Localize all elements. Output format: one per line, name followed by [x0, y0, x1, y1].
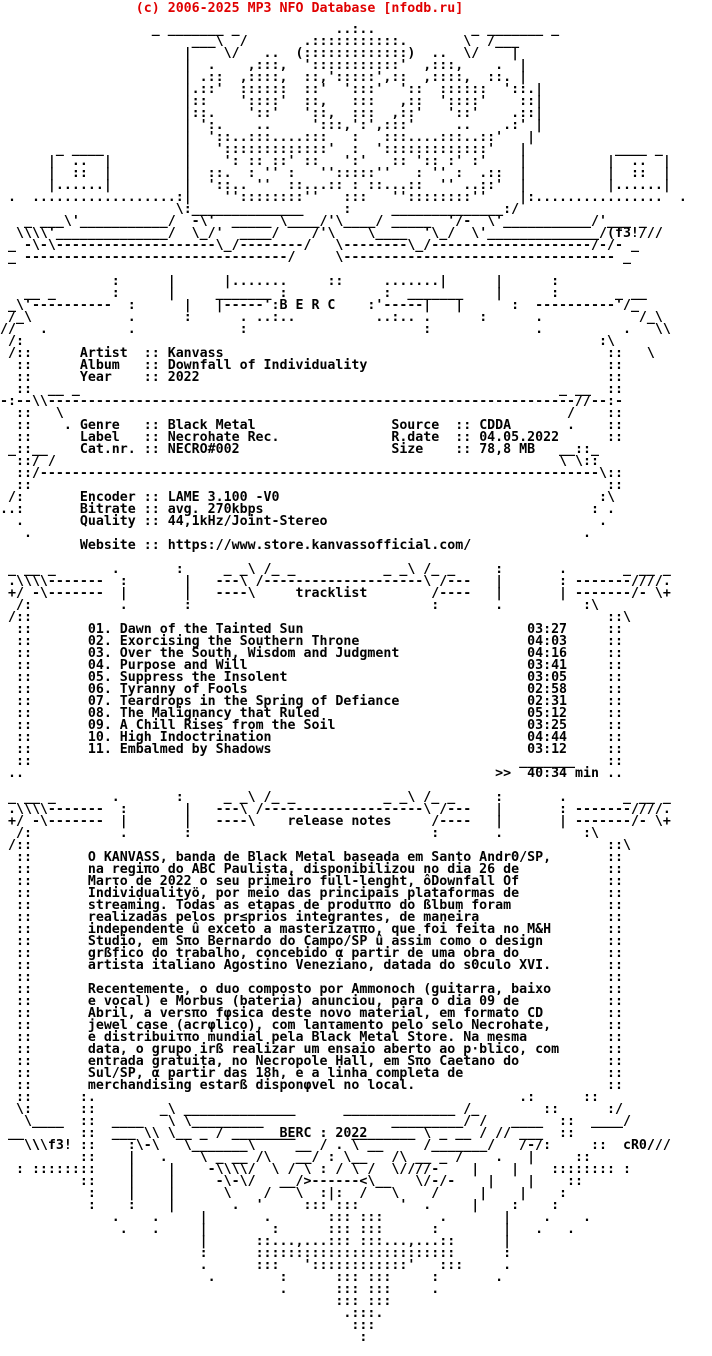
total-time-value: 40:34 min: [527, 768, 599, 780]
track-number: 11.: [88, 744, 112, 756]
catnr-value: NECRO#002: [168, 444, 240, 456]
nfo-document: _ _______ _ ..:.. _ _______ _ ___\ / .::…: [0, 0, 712, 1356]
site-banner: (c) 2006-2025 MP3 NFO Database [nfodb.ru…: [136, 3, 463, 15]
footer-credit: BERC : 2022: [280, 1128, 368, 1140]
f3-credit-footer: \\\f3!: [24, 1140, 72, 1152]
website-label: Website: [80, 540, 136, 552]
separator: ::: [144, 516, 160, 528]
site-banner-row: (c) 2006-2025 MP3 NFO Database [nfodb.ru…: [0, 3, 712, 15]
group-header-row: B E R C: [0, 300, 712, 312]
website-row: Website :: https://www.store.kanvassoffi…: [0, 540, 712, 552]
year-label: Year: [80, 372, 112, 384]
quality-row: Quality :: 44,1kHz/Joint-Stereo: [0, 516, 712, 528]
tracklist: 01. Dawn of the Tainted Sun 03:27 02. Ex…: [0, 624, 712, 756]
notes-line: artista italiano Agostino Veneziano, dat…: [88, 960, 551, 972]
footer-tags-row: \\\f3! cR0///: [0, 1140, 712, 1152]
catnr-row: Cat.nr. :: NECRO#002 Size :: 78,8 MB: [0, 444, 712, 456]
total-time-marker: >>: [495, 768, 511, 780]
top-credit-row: f3!///: [0, 228, 712, 240]
release-notes-banner-row: release notes: [0, 816, 712, 828]
release-notes-paragraph-1: O KANVASS, banda de Black Metal baseada …: [0, 852, 712, 972]
separator: ::: [144, 372, 160, 384]
year-row: Year :: 2022: [0, 372, 712, 384]
separator: ::: [455, 444, 471, 456]
catnr-label: Cat.nr.: [80, 444, 136, 456]
quality-label: Quality: [80, 516, 136, 528]
release-notes-section-title: release notes: [288, 816, 392, 828]
track-row: 11. Embalmed by Shadows 03:12: [0, 744, 712, 756]
notes-row: artista italiano Agostino Veneziano, dat…: [0, 960, 712, 972]
track-title: Embalmed by Shadows: [120, 744, 272, 756]
website-value: https://www.store.kanvassofficial.com/: [168, 540, 472, 552]
cr0-credit-footer: cR0///: [623, 1140, 671, 1152]
separator: ::: [144, 444, 160, 456]
quality-value: 44,1kHz/Joint-Stereo: [168, 516, 328, 528]
size-label: Size: [391, 444, 423, 456]
track-duration: 03:12: [527, 744, 567, 756]
notes-line: merchandising estarß disponφvel no local…: [88, 1080, 415, 1092]
group-name-header: B E R C: [280, 300, 336, 312]
tracklist-section-title: tracklist: [296, 588, 368, 600]
separator: ::: [144, 540, 160, 552]
release-notes-paragraph-2: Recentemente, o duo composto por Ammonoc…: [0, 984, 712, 1092]
size-value: 78,8 MB: [479, 444, 535, 456]
footer-credit-row: BERC : 2022: [0, 1128, 712, 1140]
year-value: 2022: [168, 372, 200, 384]
tracklist-banner-row: tracklist: [0, 588, 712, 600]
f3-credit-top: f3!///: [615, 228, 663, 240]
notes-row: merchandising estarß disponφvel no local…: [0, 1080, 712, 1092]
total-time-row: >> 40:34 min: [0, 768, 712, 780]
